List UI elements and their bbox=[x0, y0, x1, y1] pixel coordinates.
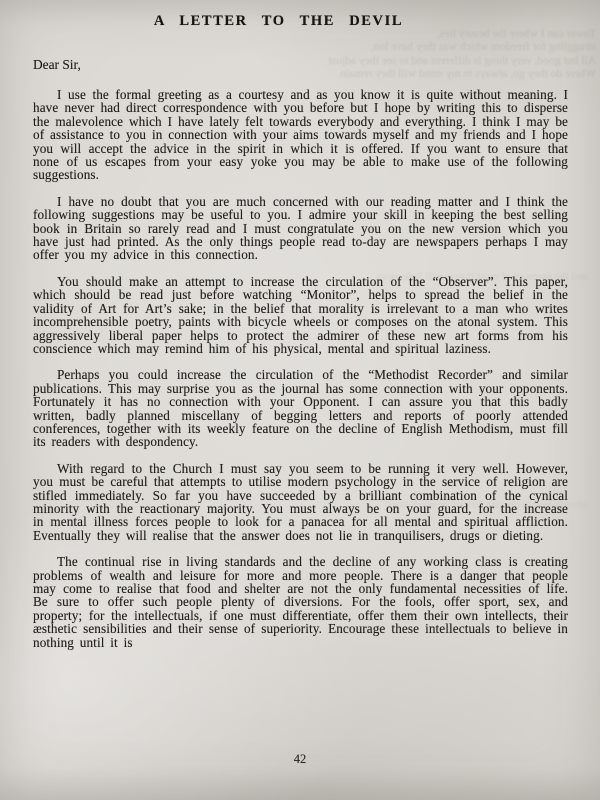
paragraph-5: With regard to the Church I must say you… bbox=[33, 462, 568, 542]
paragraph-3: You should make an attempt to increase t… bbox=[33, 275, 568, 355]
paragraph-1: I use the formal greeting as a courtesy … bbox=[33, 88, 568, 182]
page-number: 42 bbox=[0, 752, 600, 767]
paragraph-2: I have no doubt that you are much concer… bbox=[33, 195, 568, 262]
letter-content: A LETTER TO THE DEVIL Dear Sir, I use th… bbox=[33, 13, 568, 662]
paragraph-6: The continual rise in living standards a… bbox=[33, 555, 568, 649]
letter-body: I use the formal greeting as a courtesy … bbox=[33, 88, 568, 649]
paragraph-4: Perhaps you could increase the circulati… bbox=[33, 368, 568, 448]
scanned-book-page: { "page": { "title": "A LETTER TO THE DE… bbox=[0, 0, 600, 800]
salutation: Dear Sir, bbox=[33, 57, 568, 73]
page-title: A LETTER TO THE DEVIL bbox=[11, 13, 546, 30]
